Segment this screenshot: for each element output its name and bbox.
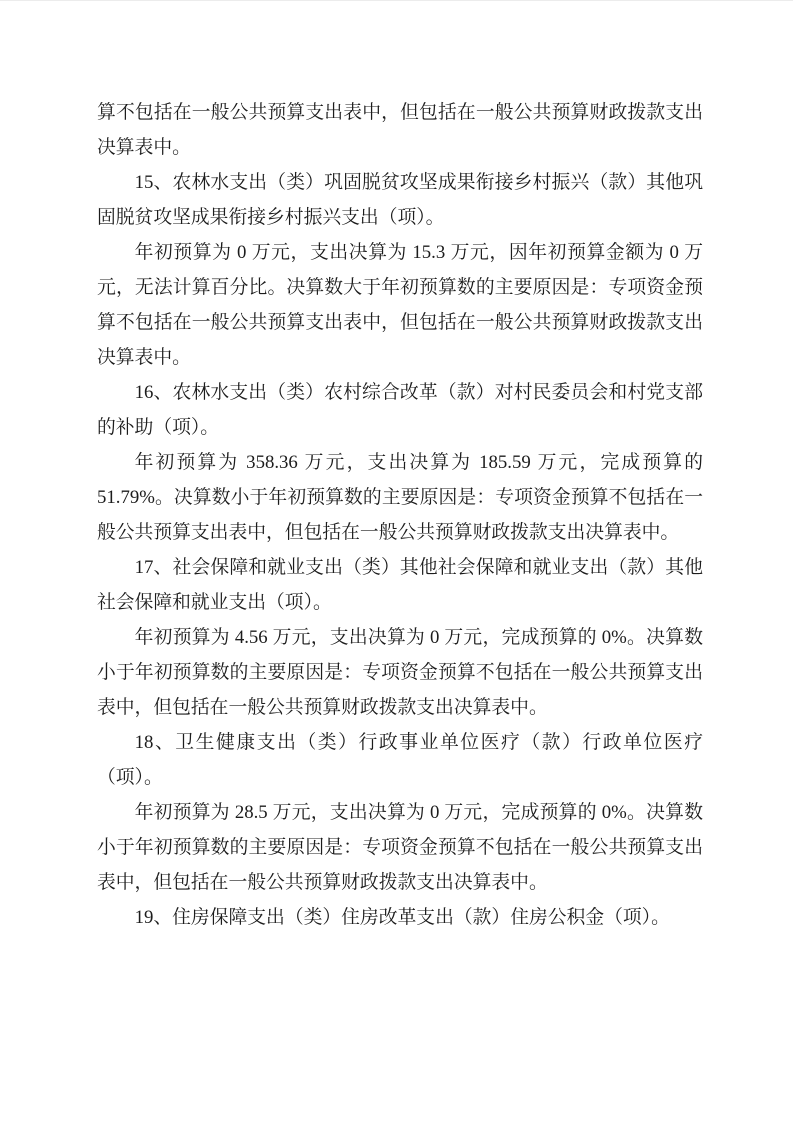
item-16-detail: 年初预算为 358.36 万元，支出决算为 185.59 万元，完成预算的 51… <box>97 445 703 550</box>
item-18-heading: 18、卫生健康支出（类）行政事业单位医疗（款）行政单位医疗（项）。 <box>97 725 703 795</box>
item-18-detail: 年初预算为 28.5 万元，支出决算为 0 万元，完成预算的 0%。决算数小于年… <box>97 795 703 900</box>
item-17-detail: 年初预算为 4.56 万元，支出决算为 0 万元，完成预算的 0%。决算数小于年… <box>97 620 703 725</box>
item-15-heading: 15、农林水支出（类）巩固脱贫攻坚成果衔接乡村振兴（款）其他巩固脱贫攻坚成果衔接… <box>97 165 703 235</box>
document-page: 算不包括在一般公共预算支出表中，但包括在一般公共预算财政拨款支出决算表中。 15… <box>0 0 793 1122</box>
continuation-paragraph: 算不包括在一般公共预算支出表中，但包括在一般公共预算财政拨款支出决算表中。 <box>97 95 703 165</box>
document-text-block: 算不包括在一般公共预算支出表中，但包括在一般公共预算财政拨款支出决算表中。 15… <box>97 95 703 935</box>
item-17-heading: 17、社会保障和就业支出（类）其他社会保障和就业支出（款）其他社会保障和就业支出… <box>97 550 703 620</box>
item-19-heading: 19、住房保障支出（类）住房改革支出（款）住房公积金（项）。 <box>97 900 703 935</box>
item-15-detail: 年初预算为 0 万元，支出决算为 15.3 万元，因年初预算金额为 0 万元，无… <box>97 235 703 375</box>
item-16-heading: 16、农林水支出（类）农村综合改革（款）对村民委员会和村党支部的补助（项）。 <box>97 375 703 445</box>
